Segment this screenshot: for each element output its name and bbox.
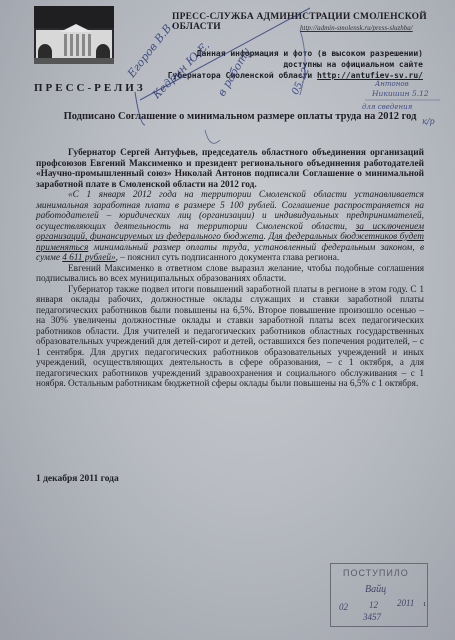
paragraph-salary-increases: Губернатор также подвел итоги повышений … [36,285,424,390]
info-line-2: доступны на официальном сайте [168,59,423,70]
handwriting-note-4: к/р [422,117,435,126]
administration-building-photo [34,6,114,64]
stamp-day: 02 [339,602,348,612]
stamp-year: 2011 [397,598,414,608]
document-body: Губернатор Сергей Антуфьев, председатель… [36,148,424,390]
stamp-reg-number: 3457 [363,612,381,622]
received-stamp: ПОСТУПИЛО Вайц 02 12 2011 3457 [330,563,428,627]
stamp-month: 12 [369,600,378,610]
lead-paragraph: Губернатор Сергей Антуфьев, председатель… [36,148,424,190]
document-title: Подписано Соглашение о минимальном разме… [60,110,420,124]
handwriting-note-1: Антонов [375,80,409,88]
handwriting-note-2: Никишин 5.12 [372,89,429,98]
document-date: 1 декабря 2011 года [36,474,119,484]
paragraph-maksimenko: Евгений Максименко в ответном слове выра… [36,264,424,285]
press-release-label: ПРЕСС-РЕЛИЗ [34,82,146,94]
scanned-document: ПРЕСС-СЛУЖБА АДМИНИСТРАЦИИ СМОЛЕНСКОЙ ОБ… [0,0,455,640]
press-service-url[interactable]: http://admin-smolensk.ru/press-sluzhba/ [300,24,413,32]
quote-paragraph: «С 1 января 2012 года на территории Смол… [36,190,424,264]
governor-site-link[interactable]: http://antufiev-sv.ru/ [317,71,423,80]
page-number: 1 [423,602,426,608]
handwriting-note-3: для сведения [362,103,412,111]
stamp-label: ПОСТУПИЛО [343,568,409,578]
stamp-signature: Вайц [365,584,386,595]
